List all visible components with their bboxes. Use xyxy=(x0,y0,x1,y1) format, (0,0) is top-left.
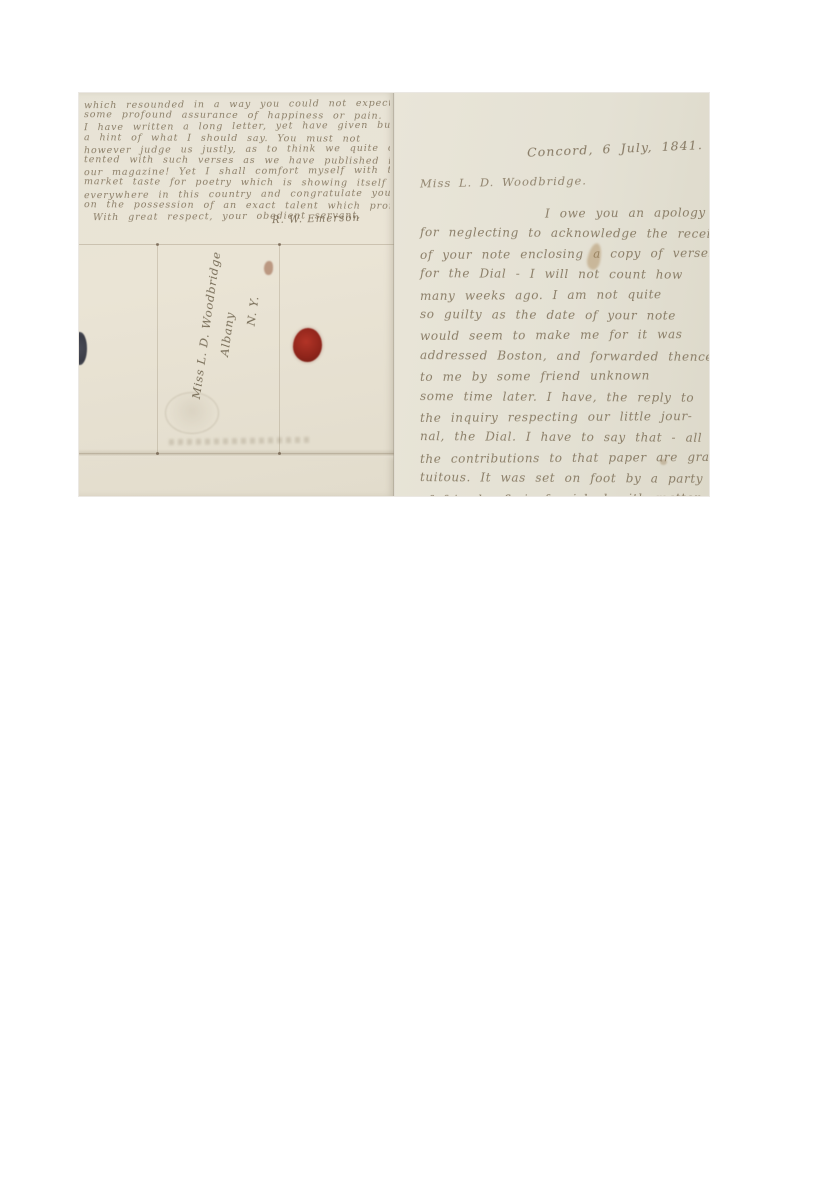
fold-speck xyxy=(278,243,281,246)
ink-spot xyxy=(264,261,273,275)
handwriting-line: some time later. I have, the reply to xyxy=(420,386,709,408)
handwriting-line: of your note enclosing a copy of verses xyxy=(420,243,709,265)
handwriting-line: the contributions to that paper are gra- xyxy=(420,447,709,469)
handwriting-line: so guilty as the date of your note xyxy=(420,304,709,326)
letter-back-panel: which resounded in a way you could not e… xyxy=(79,93,394,496)
handwriting-line: for neglecting to acknowledge the receip… xyxy=(420,223,709,245)
handwriting-line: of friends, & is furnished with matter xyxy=(420,488,709,496)
page-fold-edge xyxy=(393,93,395,496)
fold-speck xyxy=(156,243,159,246)
dateline: Concord, 6 July, 1841. xyxy=(527,137,703,160)
handwriting-line: many weeks ago. I am not quite xyxy=(420,284,709,306)
page-background: which resounded in a way you could not e… xyxy=(0,0,819,1197)
handwriting-line: would seem to make me for it was xyxy=(420,324,709,346)
fold-crease-vertical xyxy=(279,244,280,453)
handwriting-line: for the Dial - I will not count how xyxy=(420,263,709,285)
fold-crease-horizontal xyxy=(79,244,394,245)
handwriting-line: the inquiry respecting our little jour- xyxy=(420,406,709,428)
address-block: Miss L. D. WoodbridgeAlbanyN. Y. xyxy=(185,249,275,407)
handwriting-line: I owe you an apology xyxy=(545,202,709,224)
fold-speck xyxy=(156,452,159,455)
fold-crease-vertical xyxy=(157,244,158,453)
paper-spot xyxy=(660,459,667,465)
fold-shadow xyxy=(79,449,394,461)
handwriting-line: to me by some friend unknown xyxy=(420,365,709,387)
red-wax-seal xyxy=(293,328,322,362)
salutation: Miss L. D. Woodbridge. xyxy=(420,174,587,191)
faint-inscription xyxy=(169,437,309,445)
dark-wax-remnant xyxy=(79,332,87,365)
handwriting-line: tuitous. It was set on foot by a party xyxy=(420,467,709,489)
letter-body-text: I owe you an apologyfor neglecting to ac… xyxy=(420,203,709,496)
signature: R. W. Emerson xyxy=(272,213,360,226)
letter-front-panel: Concord, 6 July, 1841. Miss L. D. Woodbr… xyxy=(394,93,709,496)
handwriting-line: nal, the Dial. I have to say that - all xyxy=(420,427,709,449)
letter-photograph: which resounded in a way you could not e… xyxy=(79,93,709,496)
faint-postmark-circle xyxy=(165,392,219,434)
letter-closing-text: which resounded in a way you could not e… xyxy=(84,99,390,222)
fold-speck xyxy=(278,452,281,455)
handwriting-line: addressed Boston, and forwarded thence xyxy=(420,345,709,367)
